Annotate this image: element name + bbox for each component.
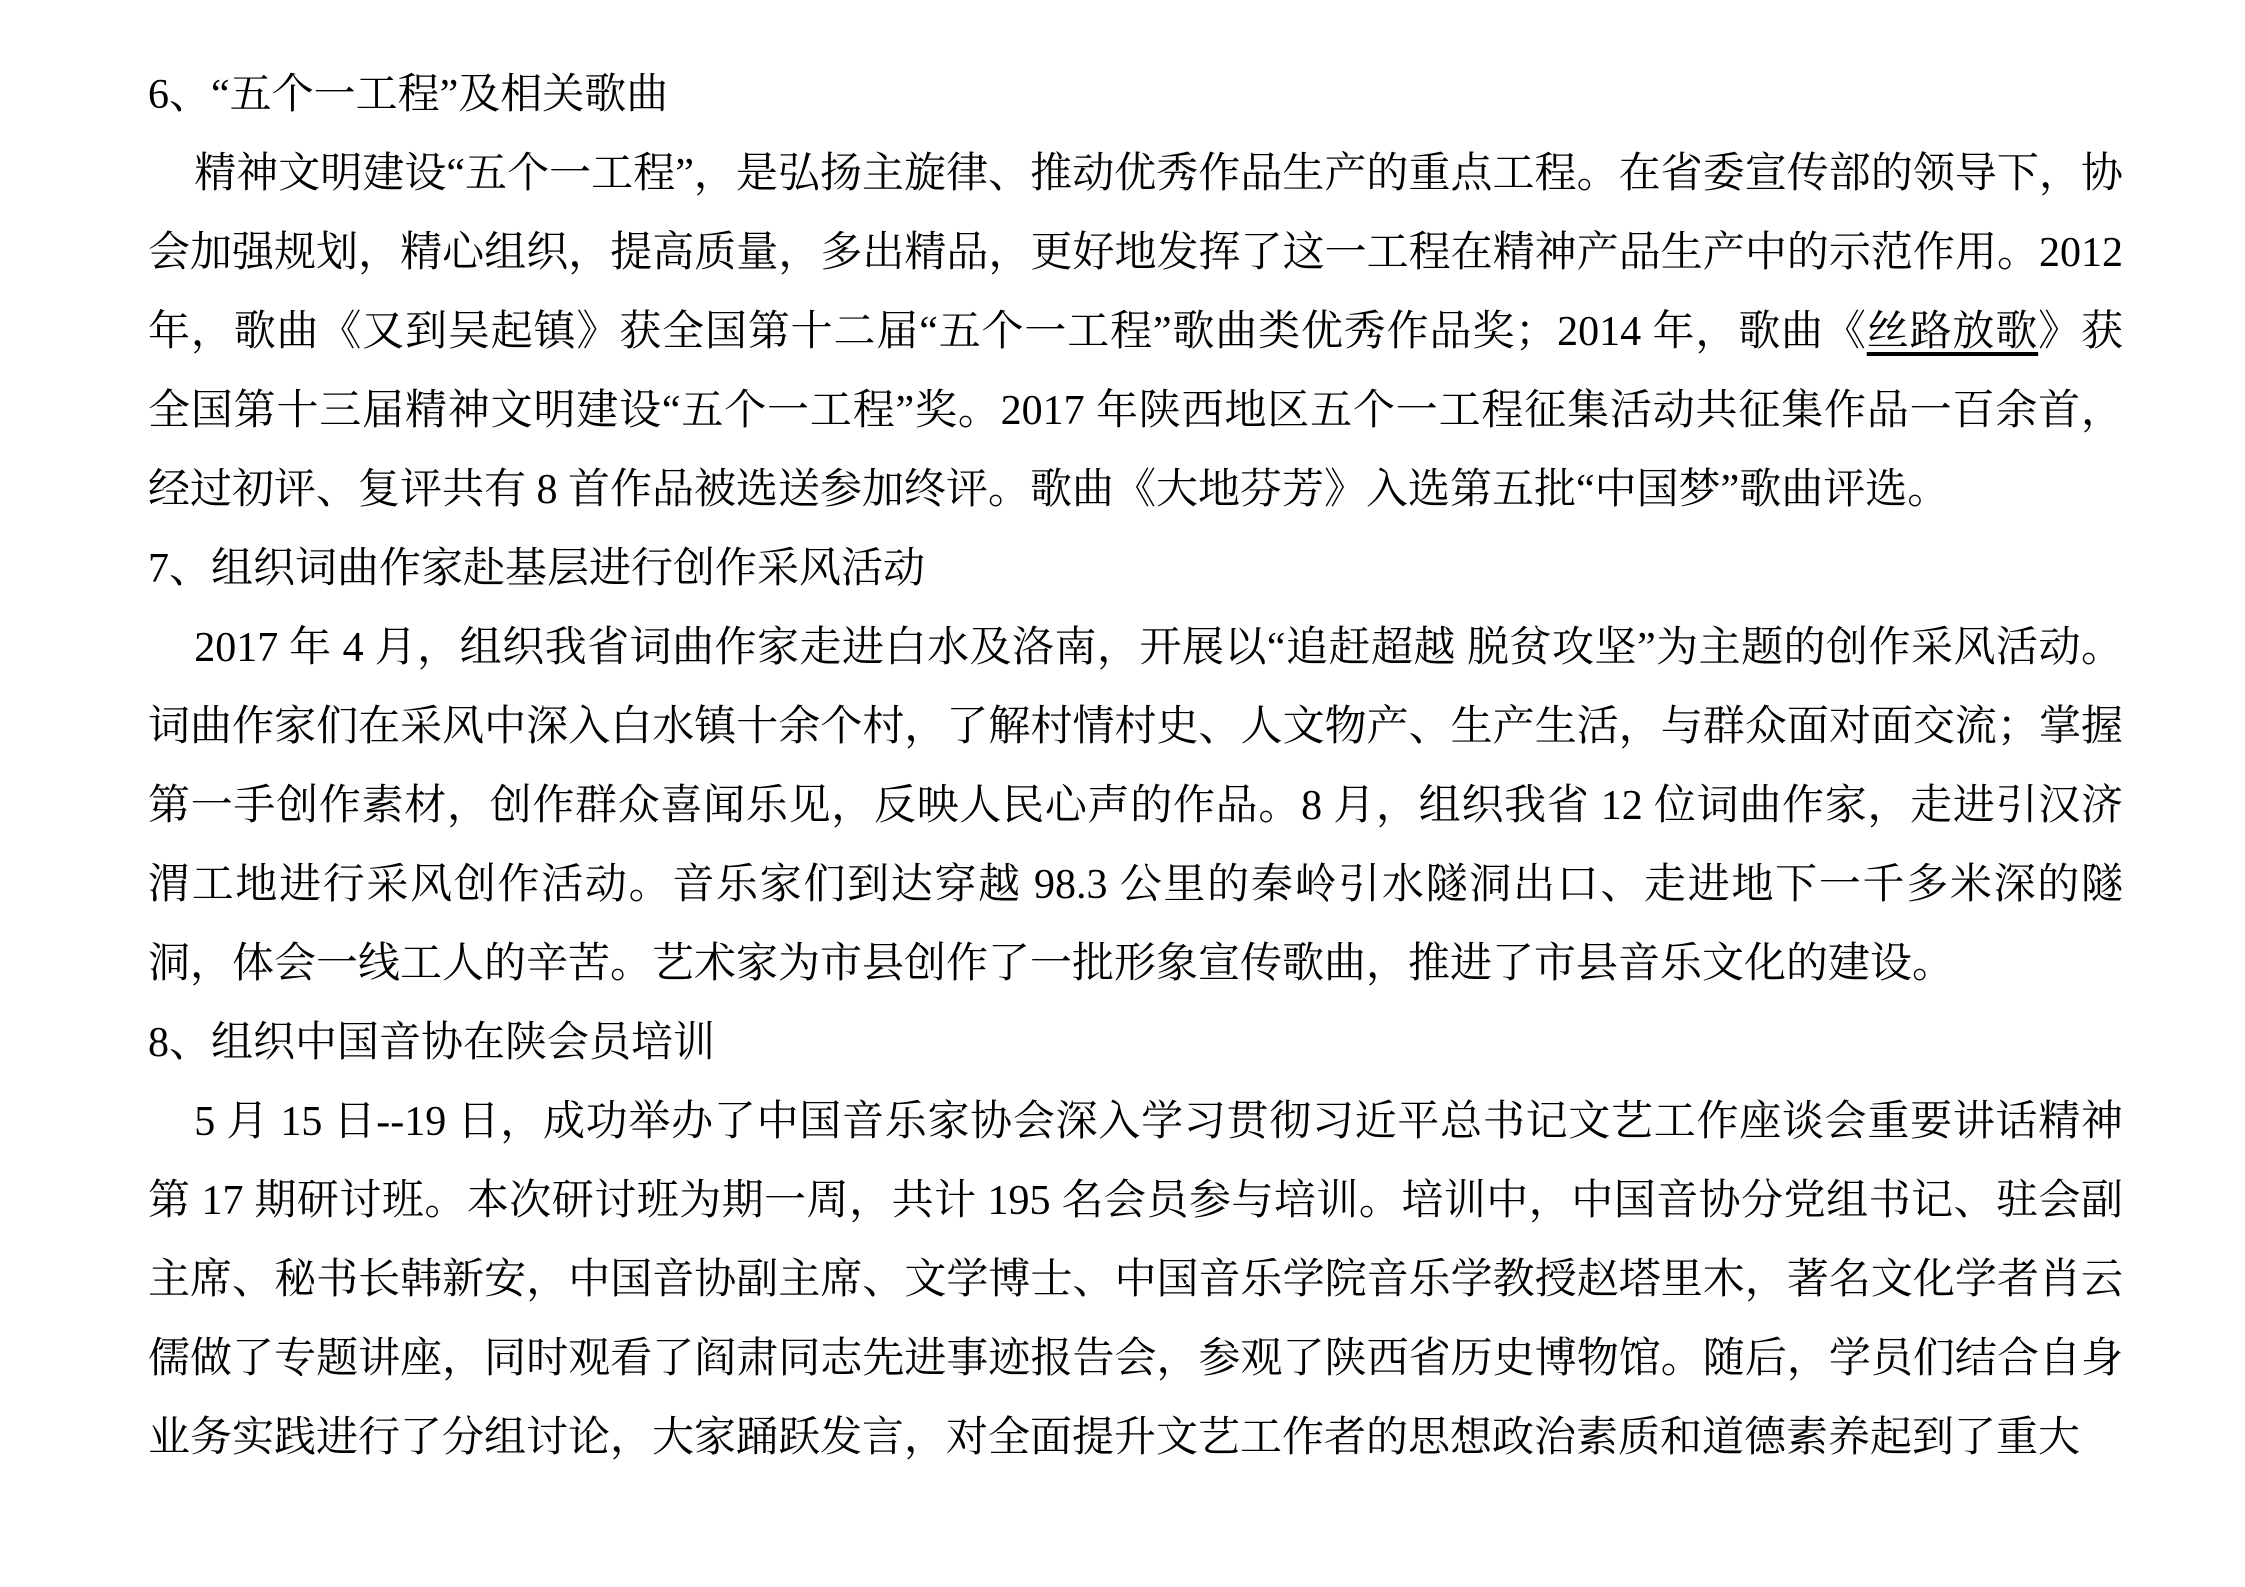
section-8-heading: 8、组织中国音协在陕会员培训 — [148, 1004, 2123, 1083]
section-7: 7、组织词曲作家赴基层进行创作采风活动 2017 年 4 月，组织我省词曲作家走… — [148, 530, 2123, 1004]
section-6: 6、“五个一工程”及相关歌曲 精神文明建设“五个一工程”，是弘扬主旋律、推动优秀… — [148, 56, 2123, 530]
section-7-heading: 7、组织词曲作家赴基层进行创作采风活动 — [148, 530, 2123, 609]
section-6-paragraph: 精神文明建设“五个一工程”，是弘扬主旋律、推动优秀作品生产的重点工程。在省委宣传… — [148, 135, 2123, 530]
section-6-heading: 6、“五个一工程”及相关歌曲 — [148, 56, 2123, 135]
section-7-paragraph: 2017 年 4 月，组织我省词曲作家走进白水及洛南，开展以“追赶超越 脱贫攻坚… — [148, 609, 2123, 1004]
text-segment: 精神文明建设“五个一工程”，是弘扬主旋律、推动优秀作品生产的重点工程。在省委宣传… — [148, 151, 2123, 355]
section-8: 8、组织中国音协在陕会员培训 5 月 15 日--19 日，成功举办了中国音乐家… — [148, 1004, 2123, 1478]
section-8-paragraph: 5 月 15 日--19 日，成功举办了中国音乐家协会深入学习贯彻习近平总书记文… — [148, 1083, 2123, 1478]
underlined-song-title: 丝路放歌 — [1867, 309, 2038, 355]
document-page: 6、“五个一工程”及相关歌曲 精神文明建设“五个一工程”，是弘扬主旋律、推动优秀… — [0, 0, 2245, 1587]
